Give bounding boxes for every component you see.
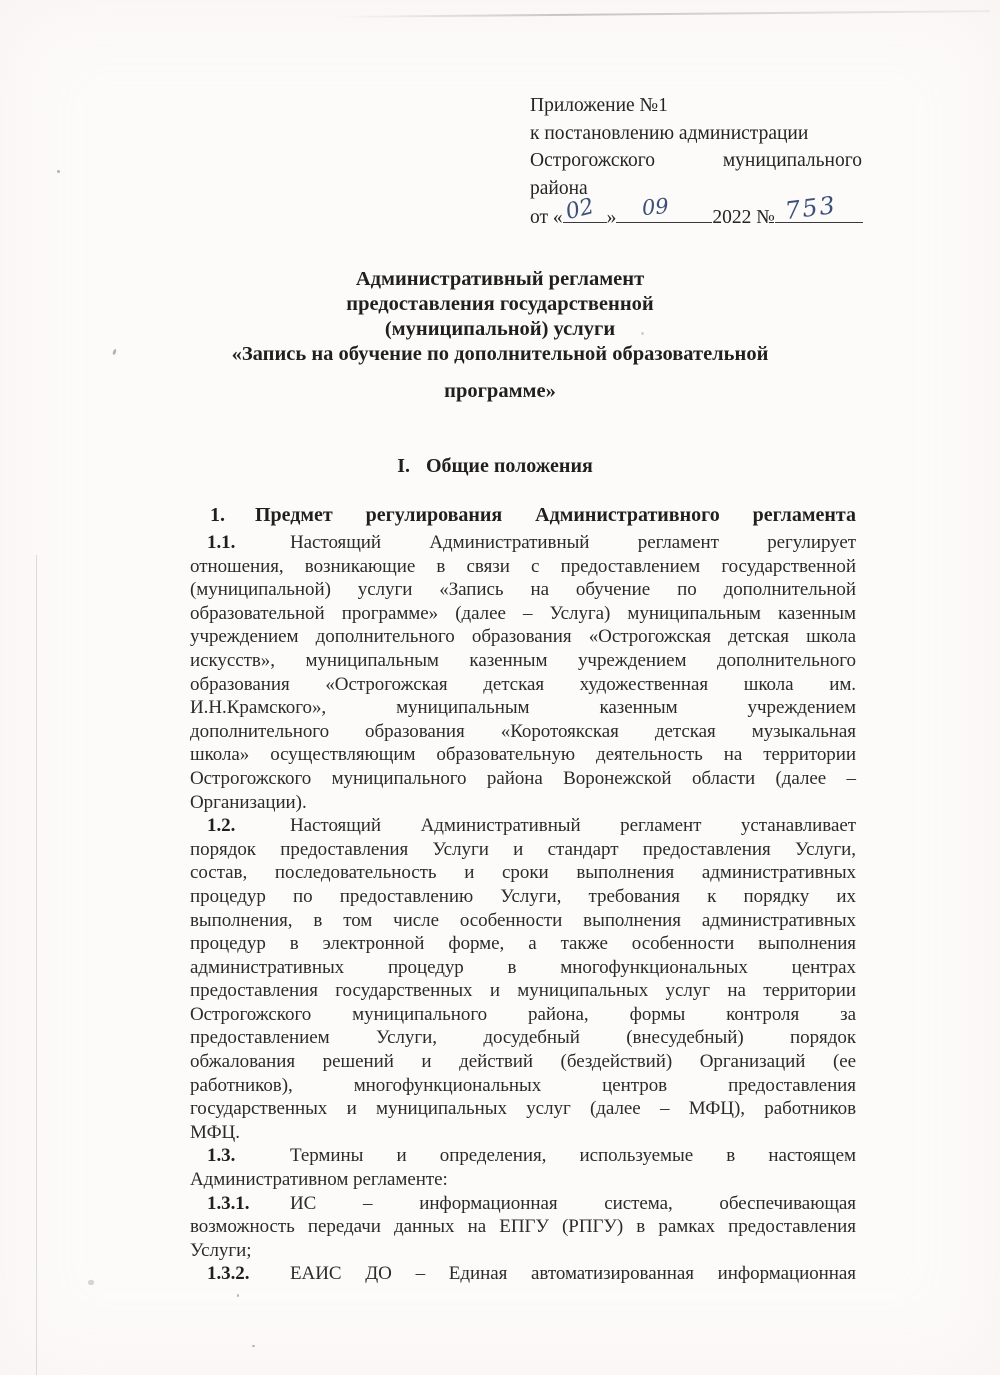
text-line: Услуги; (190, 1239, 856, 1263)
section-numeral: I. (397, 455, 410, 477)
text-line: (муниципальной) услуги «Запись на обучен… (190, 578, 856, 602)
text-line: 1.3.1.ИС – информационная система, обесп… (190, 1192, 856, 1216)
date-blank-underline: 09 (616, 203, 712, 223)
handwritten-decree-number: 753 (783, 192, 838, 226)
text-line: дополнительного образования «Коротоякска… (190, 720, 856, 744)
document-title-line: программе» (100, 379, 900, 404)
text-line: МФЦ. (190, 1121, 856, 1145)
text-line: предоставления государственных и муницип… (190, 979, 856, 1003)
text-line: школа» осуществляющим образовательную де… (190, 743, 856, 767)
scan-speck (252, 1345, 255, 1347)
text-line: 1.2.Настоящий Административный регламент… (190, 814, 856, 838)
text-line: процедур по предоставлению Услуги, требо… (190, 885, 856, 909)
text-line: Острогожского муниципального района Воро… (190, 767, 856, 791)
text-line: административных процедур в многофункцио… (190, 956, 856, 980)
scan-speck (88, 1280, 94, 1285)
decree-date-line: от «02»092022 №753 (530, 203, 862, 231)
decree-reference-line: Острогожского муниципального (530, 147, 862, 175)
scan-artifact-left-line (36, 555, 37, 1375)
text-line: процедур в электронной форме, а также ос… (190, 932, 856, 956)
date-blank-underline: 02 (563, 203, 607, 223)
subsection-heading: 1.Предмет регулирования Административног… (190, 504, 856, 527)
paragraph-number: 1.3.1. (190, 1192, 290, 1216)
scan-speck (237, 1294, 239, 1297)
text-line: 1.1.Настоящий Административный регламент… (190, 531, 856, 555)
paragraph-number: 1.3.2. (190, 1262, 290, 1286)
paragraph-number: 1.3. (190, 1144, 290, 1168)
text-line: обжалования решений и действий (бездейст… (190, 1050, 856, 1074)
document-title-line: предоставления государственной (100, 292, 900, 317)
section-title: Общие положения (426, 455, 593, 477)
text-line: возможность передачи данных на ЕПГУ (РПГ… (190, 1215, 856, 1239)
text-line: Организации). (190, 791, 856, 815)
paragraph-number: 1.2. (190, 814, 290, 838)
text-line: Административном регламенте: (190, 1168, 856, 1192)
document-body: 1.1.Настоящий Административный регламент… (190, 531, 856, 1286)
text-line: образовательной программе» (далее – Услу… (190, 602, 856, 626)
text-line: 1.3.Термины и определения, используемые … (190, 1144, 856, 1168)
decree-reference-line: Приложение №1 (530, 92, 862, 120)
text-line: государственных и муниципальных услуг (д… (190, 1097, 856, 1121)
document-title-line: (муниципальной) услуги (100, 317, 900, 342)
date-blank-underline: 753 (775, 203, 863, 223)
scan-artifact-top-line (335, 10, 990, 18)
text-line: предоставлением Услуги, досудебный (внес… (190, 1026, 856, 1050)
decree-reference-block: Приложение №1 к постановлению администра… (530, 92, 862, 231)
decree-reference-line: к постановлению администрации (530, 120, 862, 148)
date-year-label: 2022 № (712, 207, 774, 228)
handwritten-month: 09 (641, 193, 670, 223)
text-line: выполнения, в том числе особенности выпо… (190, 909, 856, 933)
section-heading: I.Общие положения (100, 455, 890, 478)
text-line: порядок предоставления Услуги и стандарт… (190, 838, 856, 862)
text-line: искусств», муниципальным казенным учрежд… (190, 649, 856, 673)
text-line: работников), многофункциональных центров… (190, 1074, 856, 1098)
text-line: Острогожского муниципального района, фор… (190, 1003, 856, 1027)
document-title: Административный регламент предоставлени… (100, 267, 900, 404)
text-line: 1.3.2.ЕАИС ДО – Единая автоматизированна… (190, 1262, 856, 1286)
paragraph-number: 1.1. (190, 531, 290, 555)
text-line: состав, последовательность и сроки выпол… (190, 861, 856, 885)
handwritten-day: 02 (563, 193, 597, 226)
date-prefix: от « (530, 207, 563, 228)
document-title-line: Административный регламент (100, 267, 900, 292)
text-line: учреждением дополнительного образования … (190, 625, 856, 649)
text-line: образования «Острогожская детская художе… (190, 673, 856, 697)
text-line: отношения, возникающие в связи с предост… (190, 555, 856, 579)
date-close-quote: » (607, 207, 617, 228)
text-line: И.Н.Крамского», муниципальным казенным у… (190, 696, 856, 720)
subsection-number: 1. (210, 504, 255, 527)
subsection-title: Предмет регулирования Административного … (255, 504, 856, 526)
document-page: Приложение №1 к постановлению администра… (0, 0, 1000, 1375)
document-title-line: «Запись на обучение по дополнительной об… (100, 342, 900, 367)
scan-speck (57, 170, 60, 173)
